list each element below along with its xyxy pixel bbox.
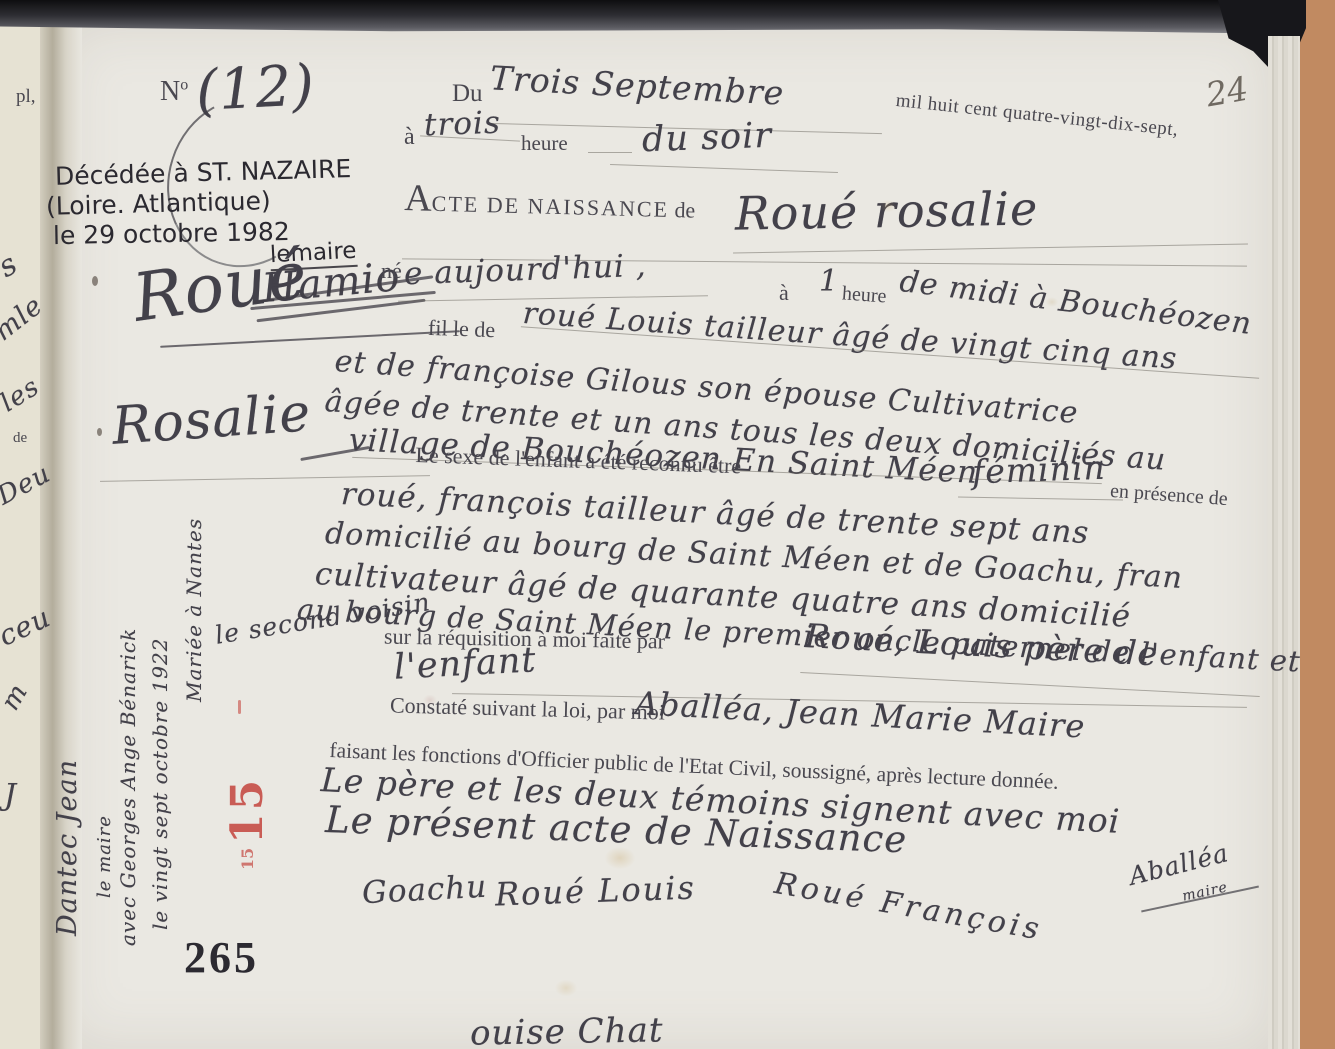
- page-number: 265: [184, 932, 259, 983]
- act-title: ACTE DE NAISSANCE de: [404, 176, 696, 228]
- register-scan: pl, s mle les de Deu ceu m J No (12) Du …: [0, 0, 1335, 1049]
- marriage-note-signature: Dantec Jean: [52, 759, 83, 936]
- du-label: Du: [452, 80, 483, 108]
- sex-written: féminin: [971, 448, 1106, 492]
- next-act-fragment: ouise Chat: [470, 1010, 664, 1049]
- marriage-note-line3: avec Georges Ange Bénarick: [116, 628, 140, 946]
- a-printed: à: [779, 280, 789, 306]
- previous-page-sliver: [0, 26, 44, 1049]
- time-of-day-written: du soir: [641, 116, 772, 161]
- stamp-dash-mark: [238, 700, 241, 714]
- fils-de-printed: fil le de: [428, 315, 496, 343]
- act-title-initial: A: [404, 177, 433, 220]
- marriage-note-maire: le maire: [94, 815, 115, 898]
- prev-page-fragment: de: [13, 430, 27, 447]
- prev-page-fragment: J: [4, 778, 17, 813]
- act-number-o: o: [180, 77, 188, 94]
- de-label: de: [674, 197, 695, 223]
- heure-printed: heure: [841, 282, 887, 308]
- marriage-note-line2: le vingt sept octobre 1922: [148, 638, 172, 930]
- act-number-n: N: [160, 76, 180, 107]
- enfant-written: l'enfant: [393, 640, 537, 687]
- crease-mark: [97, 428, 102, 436]
- child-name-written: Roué rosalie: [735, 181, 1039, 240]
- crease-mark: [92, 276, 98, 286]
- registry-stamp-number: 15: [222, 777, 273, 844]
- book-binding-edge: [0, 0, 1304, 34]
- ne-printed: né: [381, 258, 402, 284]
- act-number-label: No: [160, 76, 188, 108]
- stamp-fragment: 15: [238, 848, 257, 870]
- pencil-folio-number: 24: [1203, 69, 1251, 115]
- heure-label: heure: [521, 131, 568, 156]
- death-note-line2: (Loire. Atlantique): [46, 186, 271, 221]
- prev-page-fragment: pl,: [16, 86, 36, 108]
- marriage-note-line1: Mariée à Nantes: [182, 518, 206, 702]
- a-label: à: [404, 124, 415, 151]
- act-title-rest: CTE DE NAISSANCE: [431, 191, 669, 222]
- witness1-signature: Goachu: [361, 869, 488, 912]
- page-stack-edge: [1268, 36, 1300, 1049]
- birth-hour-written: 1: [819, 264, 839, 299]
- father-signature: Roué Louis: [494, 869, 696, 914]
